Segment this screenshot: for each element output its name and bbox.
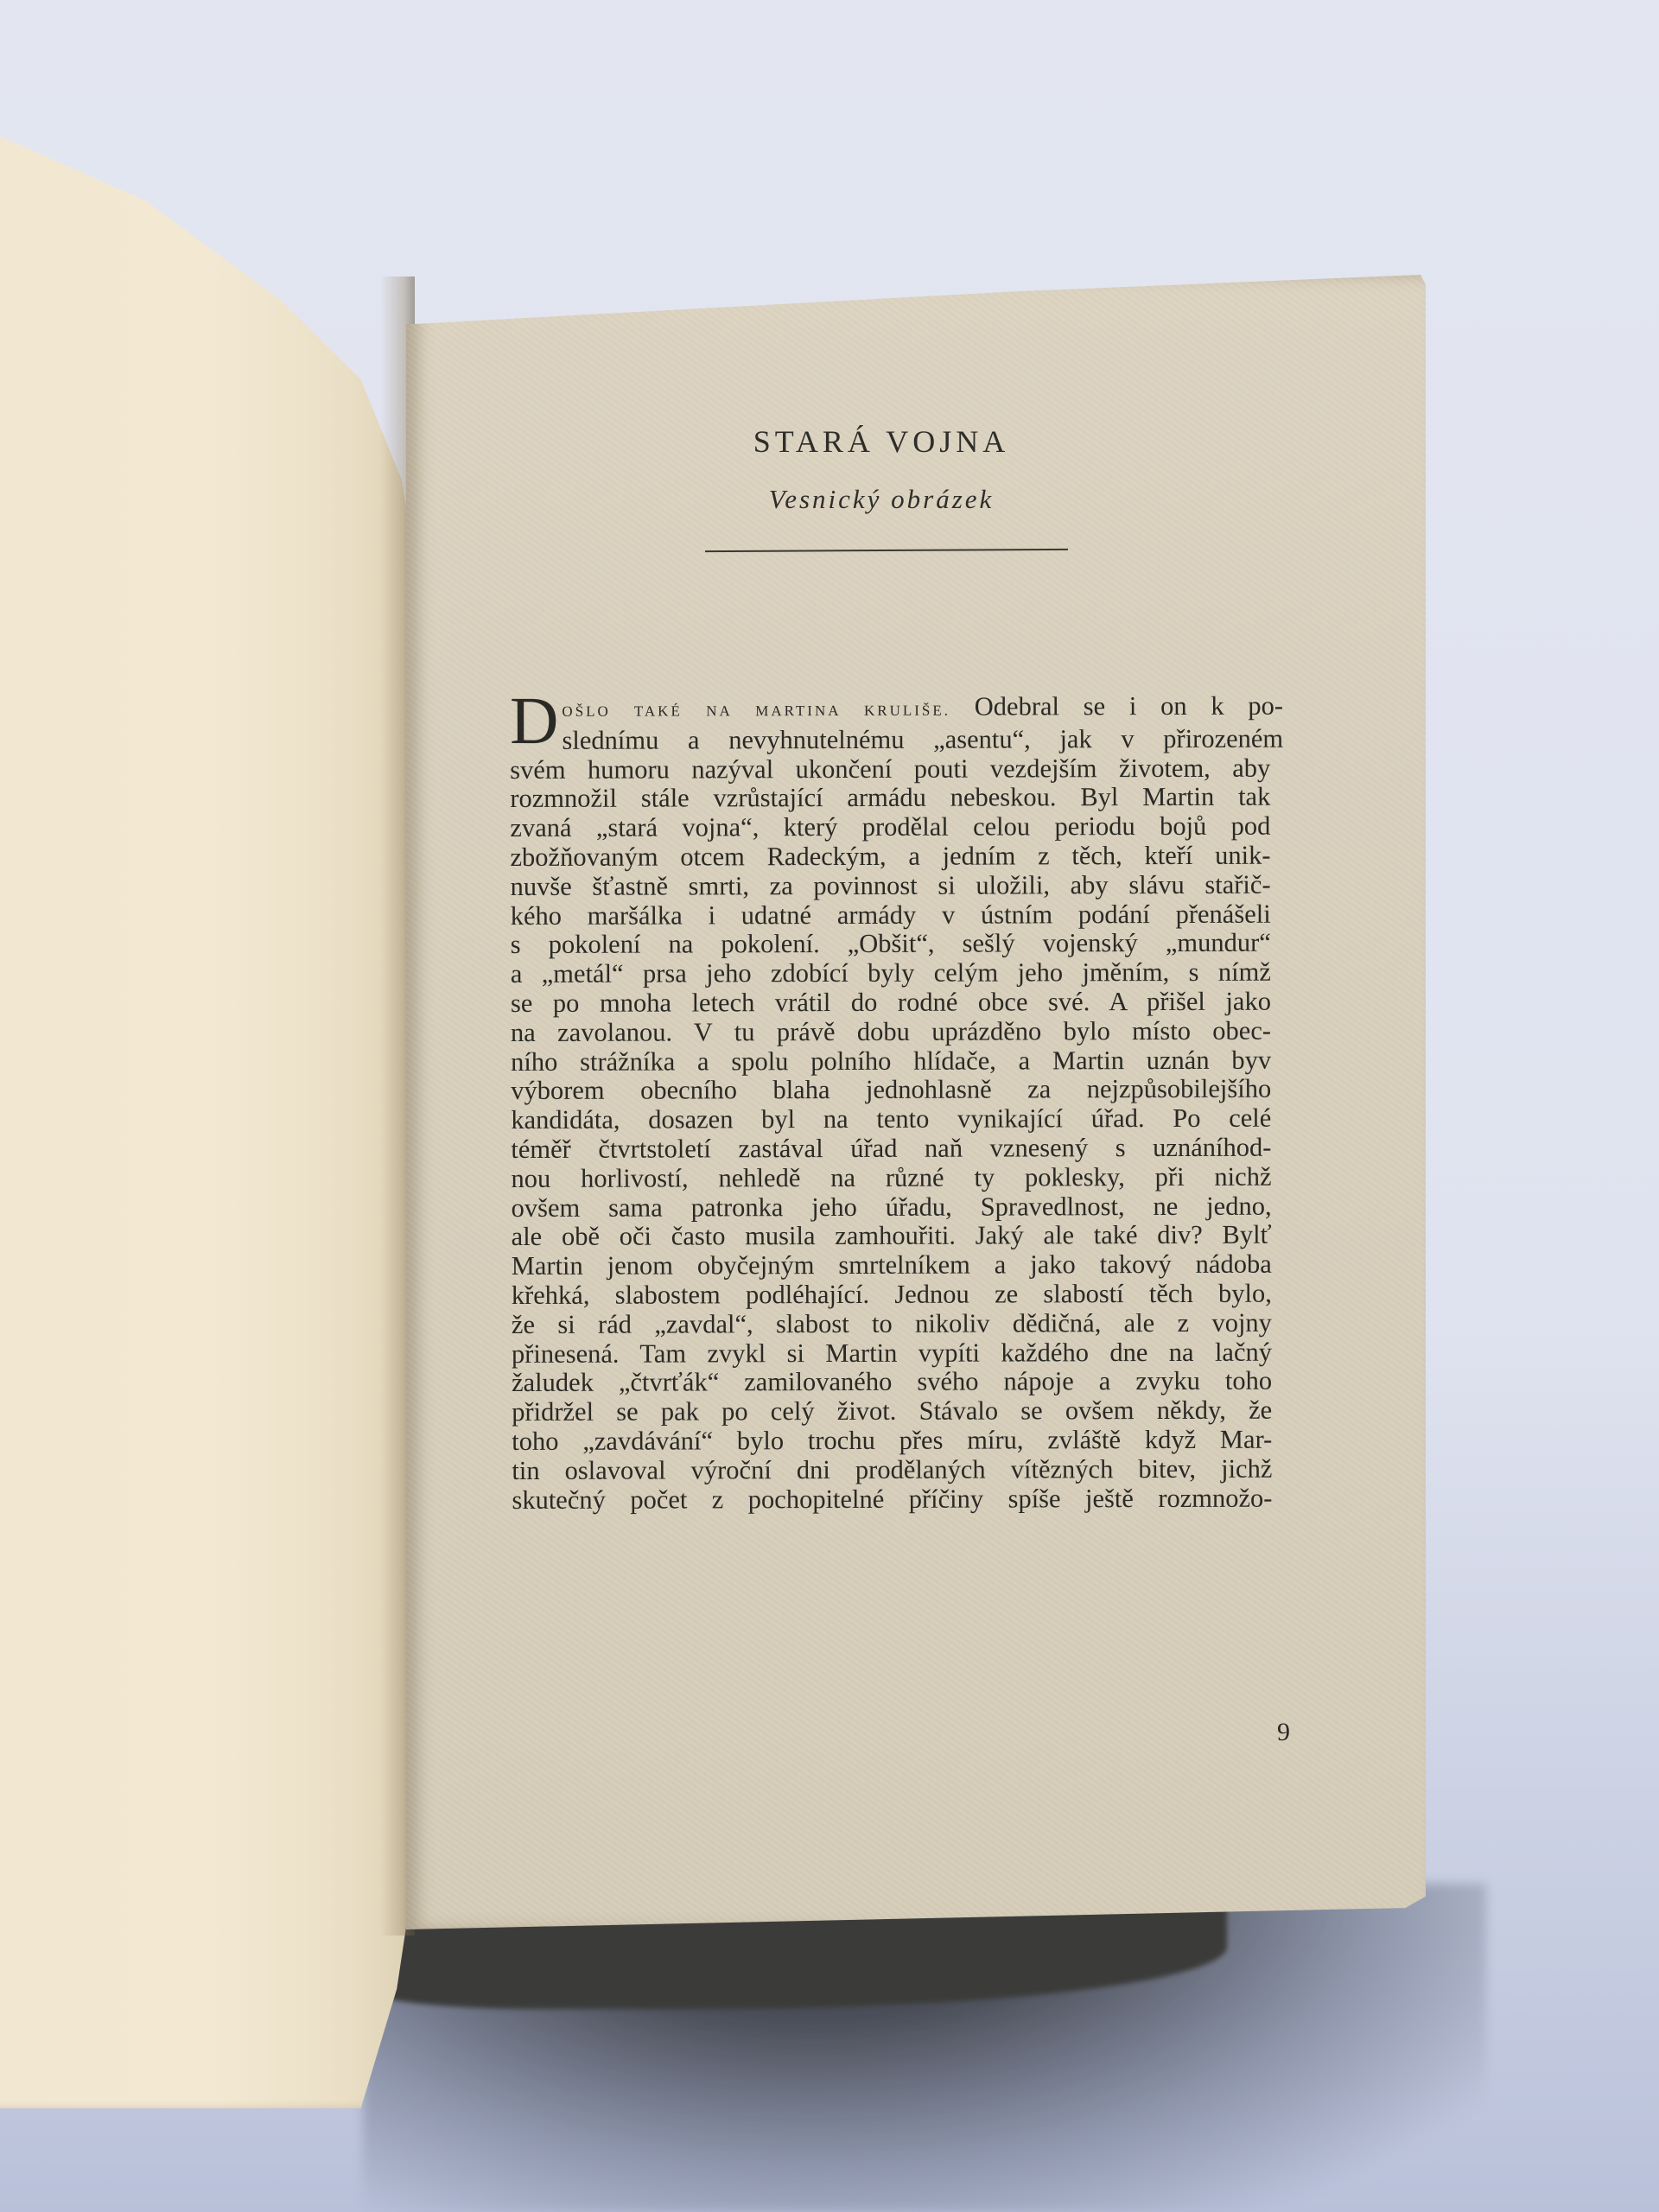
text-line: na zavolanou. V tu právě dobu uprázděno … [511,1016,1271,1047]
text-line: ovšem sama patronka jeho úřadu, Spravedl… [512,1192,1272,1223]
opening-smallcaps: OŠLO TAKÉ NA MARTINA KRULIŠE. [562,702,950,720]
text-line: přidržel se pak po celý život. Stávalo s… [512,1396,1272,1427]
text-line: a „metál“ prsa jeho zdobící byly celým j… [511,958,1271,989]
text-line: ního strážníka a spolu polního hlídače, … [511,1046,1271,1077]
text-line: nuvše šťastně smrti, za povinnost si ulo… [511,870,1271,901]
text-line: žaludek „čtvrťák“ zamilovaného svého náp… [512,1367,1272,1398]
chapter-subtitle: Vesnický obrázek [510,484,1253,515]
text-line: výborem obecního blaha jednohlasně za ne… [511,1075,1271,1106]
text-line: kého maršálka i udatné armády v ústním p… [511,899,1271,931]
text-line-1-rest: Odebral se i on k po- [950,691,1283,721]
text-line: téměř čtvrtstoletí zastával úřad naň vzn… [511,1134,1271,1165]
body-text: D OŠLO TAKÉ NA MARTINA KRULIŠE. Odebral … [510,692,1285,1516]
drop-cap: D [510,696,558,746]
text-line: s pokolení na pokolení. „Obšit“, sešlý v… [511,929,1271,960]
text-line: toho „zavdávání“ bylo trochu přes míru, … [512,1426,1272,1457]
text-line: Martin jenom obyčejným smrtelníkem a jak… [512,1250,1272,1281]
text-line: svém humoru nazýval ukončení pouti vezde… [510,753,1270,785]
text-line: zbožňovaným otcem Radeckým, a jedním z t… [510,842,1270,873]
text-line: křehká, slabostem podléhající. Jednou ze… [512,1280,1272,1311]
text-line: skutečný počet z pochopitelné příčiny sp… [512,1484,1272,1515]
text-line: ale obě oči často musila zamhouřiti. Jak… [512,1221,1272,1252]
title-divider [705,549,1068,552]
text-line: tin oslavoval výroční dni prodělaných ví… [512,1454,1272,1485]
text-line: zvaná „stará vojna“, který prodělal celo… [510,812,1270,843]
left-page [0,121,415,2108]
text-line: rozmnožil stále vzrůstající armádu nebes… [510,783,1270,814]
text-line: že si rád „zavdal“, slabost to nikoliv d… [512,1308,1272,1339]
text-line: se po mnoha letech vrátil do rodné obce … [511,988,1271,1019]
chapter-title: STARÁ VOJNA [510,423,1253,460]
page-number: 9 [1277,1718,1290,1747]
text-line: přinesená. Tam zvykl si Martin vypíti ka… [512,1338,1272,1369]
text-line: slednímu a nevyhnutelnému „asentu“, jak … [510,724,1283,755]
page-content: STARÁ VOJNA Vesnický obrázek D OŠLO TAKÉ… [510,423,1283,1515]
text-line: nou horlivostí, nehledě na různé ty pokl… [511,1162,1271,1193]
text-line-1: OŠLO TAKÉ NA MARTINA KRULIŠE. Odebral se… [510,692,1283,727]
photo-scene: STARÁ VOJNA Vesnický obrázek D OŠLO TAKÉ… [0,0,1659,2212]
text-line: kandidáta, dosazen byl na tento vynikají… [511,1104,1271,1135]
